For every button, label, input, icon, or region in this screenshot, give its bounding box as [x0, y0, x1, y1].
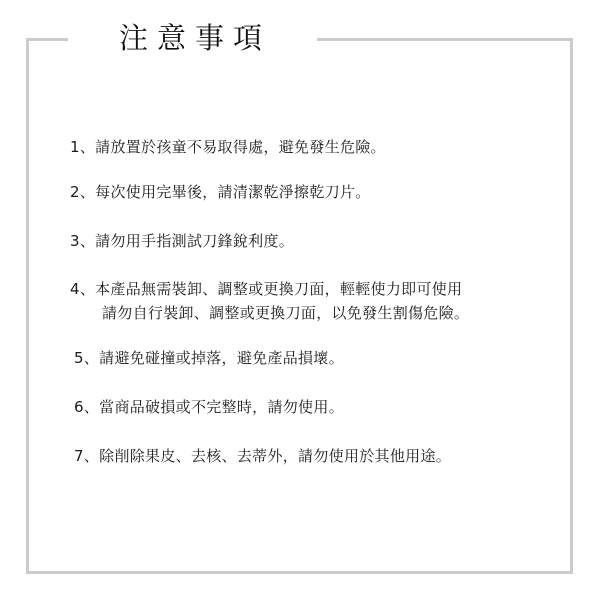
item-text: 本產品無需裝卸、調整或更換刀面，輕輕使力即可使用 [95, 280, 462, 298]
item-number: 6 [74, 395, 84, 419]
item-text-line2: 請勿自行裝卸、調整或更換刀面，以免發生割傷危險。 [70, 301, 469, 325]
item-separator: 、 [80, 135, 95, 159]
item-number: 4 [70, 277, 80, 301]
notice-item-7: 7、除削除果皮、去核、去蒂外，請勿使用於其他用途。 [74, 444, 451, 468]
frame-bottom-line [26, 571, 573, 574]
item-number: 2 [70, 180, 80, 204]
item-text: 每次使用完畢後，請清潔乾淨擦乾刀片。 [95, 183, 370, 201]
item-number: 1 [70, 135, 80, 159]
item-separator: 、 [84, 444, 99, 468]
item-text: 請放置於孩童不易取得處，避免發生危險。 [95, 138, 386, 156]
item-text: 當商品破損或不完整時，請勿使用。 [99, 398, 344, 416]
frame-top-left-line [26, 38, 68, 41]
notice-item-6: 6、當商品破損或不完整時，請勿使用。 [74, 395, 344, 419]
notice-item-4: 4 、本產品無需裝卸、調整或更換刀面，輕輕使力即可使用 請勿自行裝卸、調整或更換… [70, 277, 469, 325]
item-number: 5 [74, 346, 84, 370]
notice-item-2: 2 、每次使用完畢後，請清潔乾淨擦乾刀片。 [70, 180, 371, 204]
item-separator: 、 [84, 346, 99, 370]
item-separator: 、 [84, 395, 99, 419]
item-separator: 、 [80, 180, 95, 204]
frame-left-line [26, 38, 29, 574]
item-text: 請避免碰撞或掉落，避免產品損壞。 [99, 349, 344, 367]
item-separator: 、 [80, 229, 95, 253]
item-separator: 、 [80, 277, 95, 301]
notice-item-3: 3 、請勿用手指測試刀鋒銳利度。 [70, 229, 294, 253]
frame-top-right-line [317, 38, 573, 41]
page-title: 注意事項 [119, 20, 271, 56]
frame-right-line [570, 38, 573, 574]
item-text: 請勿用手指測試刀鋒銳利度。 [95, 232, 294, 250]
item-text: 除削除果皮、去核、去蒂外，請勿使用於其他用途。 [99, 447, 451, 465]
notice-item-1: 1 、請放置於孩童不易取得處，避免發生危險。 [70, 135, 386, 159]
notice-item-5: 5、請避免碰撞或掉落，避免產品損壞。 [74, 346, 344, 370]
item-number: 7 [74, 444, 84, 468]
item-number: 3 [70, 229, 80, 253]
